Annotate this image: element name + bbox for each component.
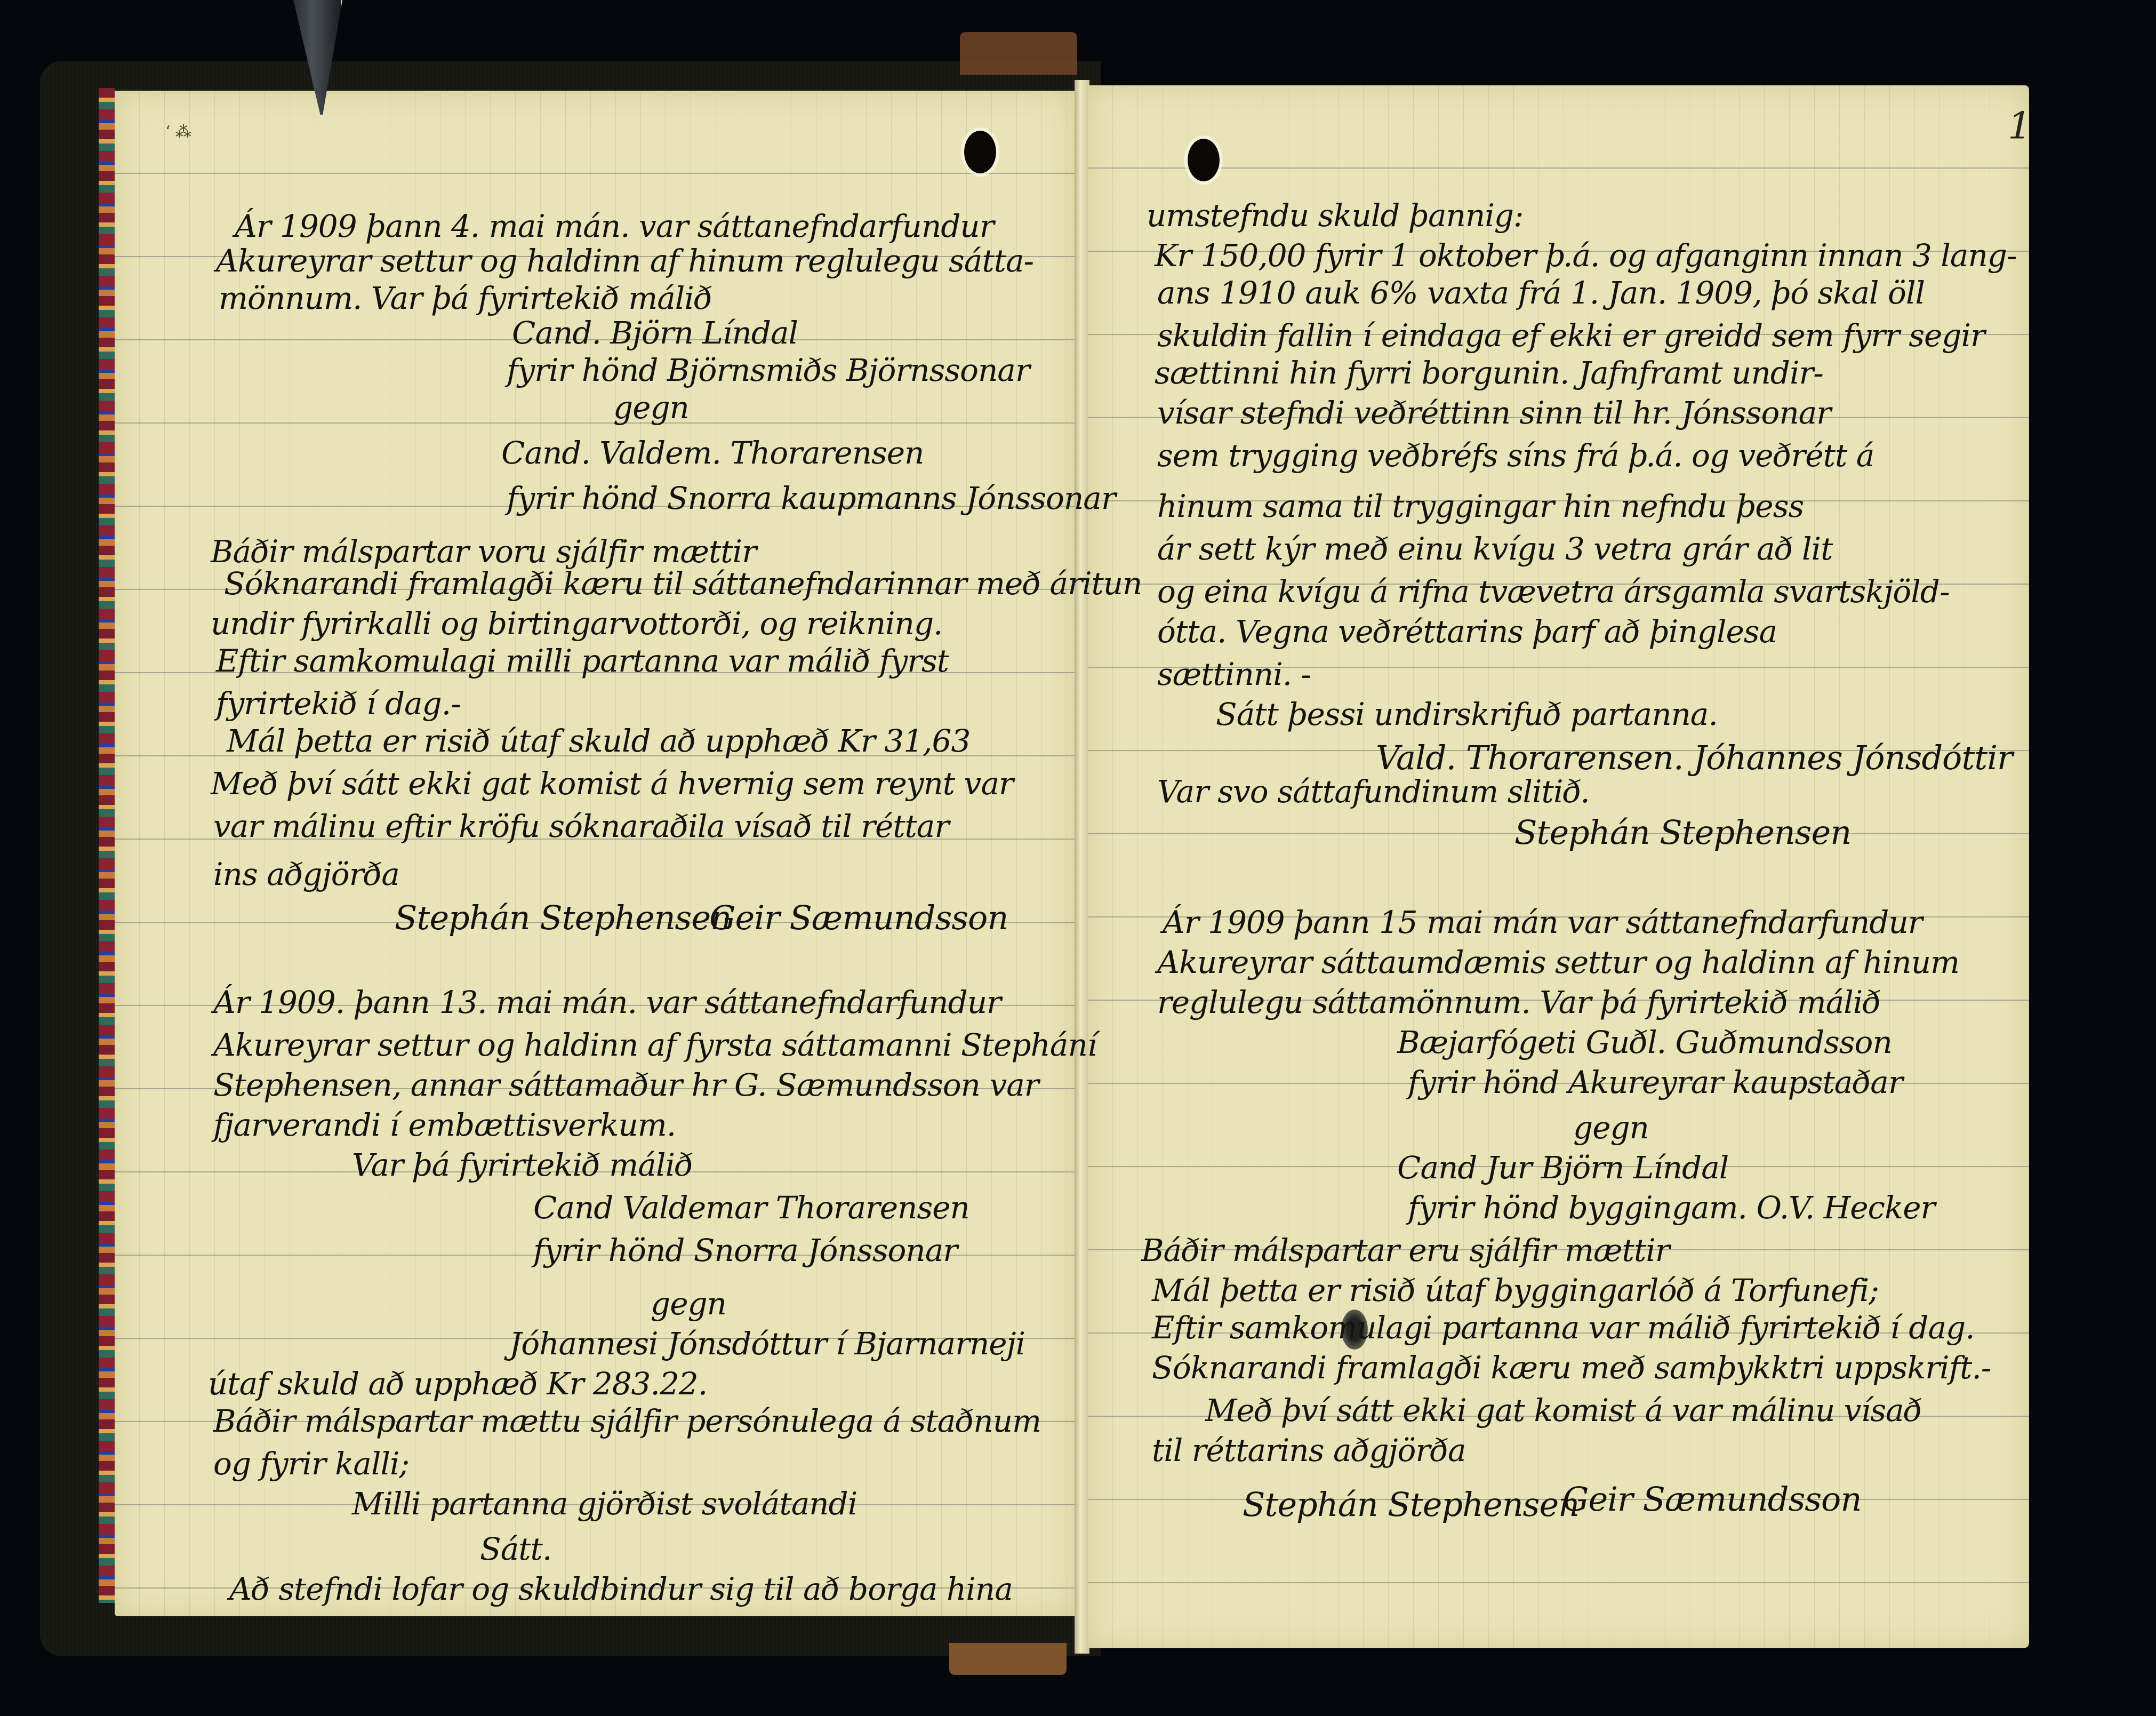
text-line: og eina kvígu á rifna tvævetra ársgamla … bbox=[1157, 576, 1950, 607]
text-line: Cand Valdemar Thorarensen bbox=[533, 1192, 969, 1223]
text-line: ár sett kýr með einu kvígu 3 vetra grár … bbox=[1157, 533, 1832, 564]
text-line: Að stefndi lofar og skuldbindur sig til … bbox=[229, 1574, 1013, 1605]
signature: Stephán Stephensen bbox=[1514, 816, 1851, 849]
text-line: gegn bbox=[1573, 1112, 1649, 1143]
text-line: Eftir samkomulagi milli partanna var mál… bbox=[216, 645, 949, 676]
text-line: vísar stefndi veðréttinn sinn til hr. Jó… bbox=[1157, 397, 1831, 428]
party-signatures: Vald. Thorarensen. Jóhannes Jónsdóttir bbox=[1376, 741, 2013, 775]
text-line: Báðir málspartar eru sjálfir mættir bbox=[1141, 1235, 1670, 1266]
text-line: Jóhannesi Jónsdóttur í Bjarnarneji bbox=[509, 1328, 1025, 1359]
text-line: Báðir málspartar voru sjálfir mættir bbox=[211, 536, 756, 567]
text-line: sem trygging veðbréfs síns frá þ.á. og v… bbox=[1157, 440, 1874, 471]
text-line: ans 1910 auk 6% vaxta frá 1. Jan. 1909, … bbox=[1157, 277, 1925, 308]
text-line: Ár 1909. þann 13. mai mán. var sáttanefn… bbox=[213, 987, 1001, 1018]
text-line: Bæjarfógeti Guðl. Guðmundsson bbox=[1397, 1027, 1892, 1058]
text-line: Akureyrar settur og haldinn af fyrsta sá… bbox=[213, 1029, 1096, 1060]
text-line: Stephensen, annar sáttamaður hr G. Sæmun… bbox=[213, 1069, 1038, 1100]
text-line: Sóknarandi framlagði kæru til sáttanefnd… bbox=[224, 568, 1142, 599]
text-line: Sátt. bbox=[480, 1534, 551, 1565]
signature: Geir Sæmundsson bbox=[709, 901, 1008, 935]
text-line: Með því sátt ekki gat komist á var málin… bbox=[1205, 1395, 1921, 1426]
text-line: ótta. Vegna veðréttarins þarf að þingles… bbox=[1157, 616, 1777, 647]
text-line: skuldin fallin í eindaga ef ekki er grei… bbox=[1157, 320, 1985, 351]
text-line: Akureyrar settur og haldinn af hinum reg… bbox=[216, 245, 1033, 276]
text-line: ins aðgjörða bbox=[213, 859, 399, 890]
text-line: Með því sátt ekki gat komist á hvernig s… bbox=[211, 768, 1013, 799]
text-line: mönnum. Var þá fyrirtekið málið bbox=[219, 283, 712, 314]
text-line: Kr 150,00 fyrir 1 oktober þ.á. og afgang… bbox=[1155, 240, 2017, 271]
text-line: fyrir hönd byggingam. O.V. Hecker bbox=[1408, 1192, 1935, 1223]
text-line: fyrir hönd Björnsmiðs Björnssonar bbox=[507, 355, 1030, 386]
text-line: gegn bbox=[613, 392, 689, 423]
text-line: hinum sama til tryggingar hin nefndu þes… bbox=[1157, 491, 1804, 522]
ink-smudge: ‘ ⁂ bbox=[165, 123, 191, 141]
text-line: sættinni. - bbox=[1157, 659, 1311, 690]
text-line: sættinni hin fyrri borgunin. Jafnframt u… bbox=[1155, 357, 1823, 388]
closing-line: Var svo sáttafundinum slitið. bbox=[1157, 776, 1590, 807]
text-line: fyrir hönd Snorra kaupmanns Jónssonar bbox=[507, 483, 1116, 514]
text-line: Milli partanna gjörðist svolátandi bbox=[352, 1488, 857, 1519]
text-line: Cand. Valdem. Thorarensen bbox=[501, 437, 924, 468]
text-line: Mál þetta er risið útaf skuld að upphæð … bbox=[227, 725, 970, 756]
text-line: Ár 1909 þann 4. mai mán. var sáttanefnda… bbox=[235, 211, 993, 242]
signature: Stephán Stephensen bbox=[1243, 1488, 1579, 1521]
text-line: gegn bbox=[651, 1288, 726, 1319]
text-line: til réttarins aðgjörða bbox=[1152, 1435, 1466, 1466]
text-line: reglulegu sáttamönnum. Var þá fyrirtekið… bbox=[1157, 987, 1880, 1018]
text-line: útaf skuld að upphæð Kr 283.22. bbox=[208, 1368, 707, 1399]
text-line: Sátt þessi undirskrifuð partanna. bbox=[1216, 699, 1718, 730]
spine-top bbox=[960, 32, 1077, 75]
text-line: Cand. Björn Líndal bbox=[512, 317, 798, 348]
signature: Geir Sæmundsson bbox=[1562, 1483, 1861, 1516]
text-line: Sóknarandi framlagði kæru með samþykktri… bbox=[1152, 1352, 1991, 1383]
book-gutter bbox=[1075, 80, 1089, 1654]
text-line: Akureyrar sáttaumdæmis settur og haldinn… bbox=[1157, 947, 1959, 978]
text-line: Var þá fyrirtekið málið bbox=[352, 1150, 693, 1180]
text-line: Eftir samkomulagi partanna var málið fyr… bbox=[1152, 1312, 1975, 1343]
text-line: fjarverandi í embættisverkum. bbox=[213, 1110, 676, 1140]
text-line: fyrir hönd Snorra Jónssonar bbox=[533, 1235, 957, 1266]
text-line: var málinu eftir kröfu sóknaraðila vísað… bbox=[213, 811, 949, 842]
spine-bottom bbox=[949, 1643, 1067, 1675]
marbled-edge bbox=[99, 88, 116, 1603]
punch-hole-right bbox=[1188, 139, 1220, 181]
text-line: fyrir hönd Akureyrar kaupstaðar bbox=[1408, 1067, 1903, 1098]
punch-hole-left bbox=[964, 131, 996, 173]
signature: Stephán Stephensen bbox=[395, 901, 731, 935]
page-number: 1 bbox=[2008, 104, 2032, 148]
text-line: umstefndu skuld þannig: bbox=[1147, 200, 1524, 231]
text-line: og fyrir kalli; bbox=[213, 1448, 409, 1479]
text-line: Cand Jur Björn Líndal bbox=[1397, 1152, 1728, 1183]
text-line: undir fyrirkalli og birtingarvottorði, o… bbox=[211, 608, 942, 639]
text-line: Báðir málspartar mættu sjálfir persónule… bbox=[213, 1406, 1041, 1436]
text-line: fyrirtekið í dag.- bbox=[216, 688, 461, 719]
text-line: Ár 1909 þann 15 mai mán var sáttanefndar… bbox=[1163, 907, 1922, 938]
text-line: Mál þetta er risið útaf byggingarlóð á T… bbox=[1152, 1275, 1879, 1306]
